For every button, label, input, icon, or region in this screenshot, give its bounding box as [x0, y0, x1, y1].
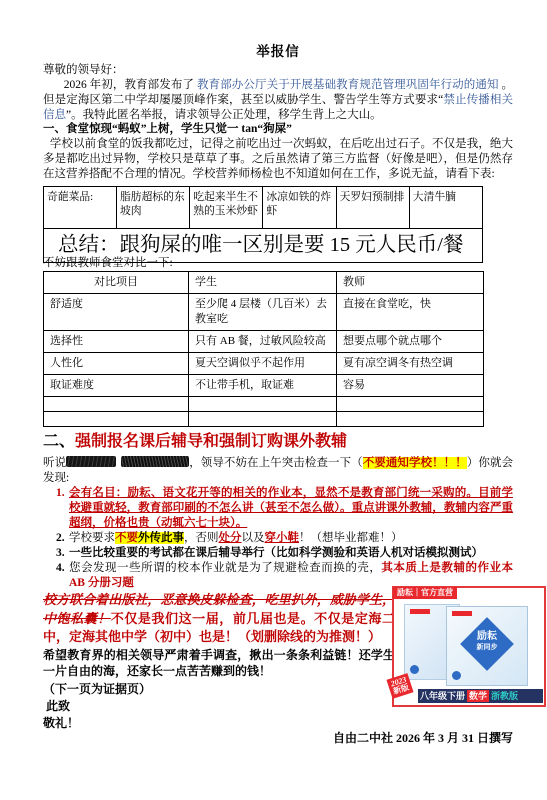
lead-post: ，领导不妨在上午突击检查一下（ [189, 457, 363, 469]
compare-cell: 夏有凉空调冬有热空调 [337, 353, 484, 375]
item-4-plain: 您会发现一些所谓的校本作业就是为了规避检查而换的壳， [69, 562, 381, 574]
intro-text-3: ”。我特此匿名举报，请求领导公正处理，移学生背上之大山。 [66, 109, 382, 121]
compare-cell: 容易 [337, 375, 484, 397]
list-item-2: 2. 学校要求不要外传此事，否则处分以及穿小鞋！（想毕业都难！） [43, 531, 513, 546]
book-subject-dot [410, 665, 419, 674]
compare-cell: 想要点哪个就点哪个 [337, 331, 484, 353]
numbered-list: 1. 会有名目：励耘、语文花开等的相关的作业本，显然不是教育部门统一采购的。目前… [43, 486, 513, 591]
intro-text-1: 2026 年初，教育部发布了 [64, 79, 197, 91]
book-subject-dot [452, 671, 461, 680]
book-brand-name: 励耘 [468, 631, 506, 643]
book-grade-bar: 八年级下册 数学 浙教版 [418, 689, 543, 703]
item-1-number: 1. [43, 486, 69, 531]
book-grade-text: 八年级下册 [420, 690, 465, 702]
compare-cell: 夏天空调似乎不起作用 [189, 353, 337, 375]
redacted-text-scribble [66, 456, 116, 467]
intro-paragraph: 2026 年初，教育部发布了 教育部办公厅关于开展基础教育规范管理巩固年行动的通… [43, 78, 513, 123]
compare-cell [44, 397, 189, 412]
item-2-pre: 学校要求 [69, 532, 115, 544]
dish-cell-2: 吃起来半生不熟的玉米炒虾 [190, 187, 263, 229]
compare-row-empty-1 [44, 397, 484, 412]
item-3-number: 3. [43, 546, 69, 561]
book-diamond-text: 励耘 新同步 [468, 631, 506, 652]
list-item-1: 1. 会有名目：励耘、语文花开等的相关的作业本，显然不是教育部门统一采购的。目前… [43, 486, 513, 531]
compare-cell [189, 397, 337, 412]
compare-cell: 不让带手机，取证难 [189, 375, 337, 397]
section2-lead-line: 听说，领导不妨在上午突击检查一下（不要通知学校！！！）你就会发现: [43, 456, 513, 486]
book-subject-chip: 数学 [467, 690, 489, 702]
dish-cell-3: 冰凉如铁的炸虾 [263, 187, 336, 229]
dish-table-row: 奇葩菜品: 脂肪超标的东坡肉 吃起来半生不熟的玉米炒虾 冰凉如铁的炸虾 天罗妇预… [44, 187, 483, 229]
closing-jingli: 敬礼！ [43, 716, 79, 731]
compare-cell: 取证难度 [44, 375, 189, 397]
section2-title-red: 强制报名课后辅导和强制订购课外教辅 [75, 433, 347, 450]
lead-pre: 听说 [43, 457, 66, 469]
item-2-number: 2. [43, 531, 69, 546]
compare-row-choice: 选择性 只有 AB 餐，过敏风险较高 想要点哪个就点哪个 [44, 331, 484, 353]
book-brand-chip [452, 611, 472, 616]
compare-header-teacher: 教师 [337, 272, 484, 294]
compare-cell: 至少爬 4 层楼（几百米）去教室吃 [189, 294, 337, 331]
compare-row-empty-2 [44, 412, 484, 427]
item-2-tail: ！（想毕业都难！） [299, 532, 403, 544]
salutation: 尊敬的领导好： [43, 63, 124, 78]
compare-header-item: 对比项目 [44, 272, 189, 294]
compare-row-humanity: 人性化 夏天空调似乎不起作用 夏有凉空调冬有热空调 [44, 353, 484, 375]
report-letter-page: 举报信 尊敬的领导好： 2026 年初，教育部发布了 教育部办公厅关于开展基础教… [0, 0, 547, 800]
list-item-3: 3. 一些比较重要的考试都在课后辅导举行（比如科学测验和英语人机对话模拟测试） [43, 546, 513, 561]
dish-cell-1: 脂肪超标的东坡肉 [117, 187, 190, 229]
dish-cell-5: 大清牛腩 [409, 187, 482, 229]
dish-table-grid: 奇葩菜品: 脂肪超标的东坡肉 吃起来半生不熟的玉米炒虾 冰凉如铁的炸虾 天罗妇预… [43, 186, 483, 263]
book-official-store-banner: 励耘｜官方直营 [393, 587, 457, 599]
compare-intro-line: 不妨跟教师食堂对比一下: [43, 256, 173, 271]
textbook-advert-image: 励耘 新同步 励耘｜官方直营 2023 新版 八年级下册 数学 浙教版 [392, 586, 546, 707]
compare-cell [44, 412, 189, 427]
ribbon-new-edition: 新版 [392, 684, 410, 697]
signature-line: 自由二中社 2026 年 3 月 31 日撰写 [43, 731, 513, 746]
closing-cizhi: 此致 [46, 699, 70, 714]
compare-cell: 舒适度 [44, 294, 189, 331]
compare-cell: 选择性 [44, 331, 189, 353]
hope-paragraph: 希望教育界的相关领导严肃着手调查，揪出一条条利益链！还学生一片自由的海，还家长一… [43, 647, 395, 679]
item-3-text: 一些比较重要的考试都在课后辅导举行（比如科学测验和英语人机对话模拟测试） [69, 546, 513, 561]
item-2-punish: 处分 [219, 532, 242, 544]
dish-cell-4: 天罗妇预制排 [336, 187, 409, 229]
item-2-text: 学校要求不要外传此事，否则处分以及穿小鞋！（想毕业都难！） [69, 531, 513, 546]
item-2-mid2: 以及 [242, 532, 265, 544]
item-2-highlight-bold: 外传此事 [138, 532, 184, 544]
compare-cell [189, 412, 337, 427]
section2-heading: 二、强制报名课后辅导和强制订购课外教辅 [43, 434, 347, 449]
compare-table: 对比项目 学生 教师 舒适度 至少爬 4 层楼（几百米）去教室吃 直接在食堂吃，… [43, 271, 484, 427]
item-2-retaliate: 穿小鞋 [265, 532, 300, 544]
book-cover-front: 励耘 新同步 [446, 606, 528, 686]
section1-paragraph: 学校以前食堂的饭我都吃过，记得之前吃出过一次蚂蚁，在后吃出过石子。不仅是我，绝大… [43, 137, 513, 182]
redacted-text-scribble [121, 456, 189, 467]
compare-row-comfort: 舒适度 至少爬 4 层楼（几百米）去教室吃 直接在食堂吃，快 [44, 294, 484, 331]
compare-cell [337, 412, 484, 427]
accusation-paragraph: 校方联合着出版社，恶意换皮躲检查，吃里扒外，威胁学生，中饱私囊！不仅是我们这一届… [43, 591, 395, 647]
compare-cell: 直接在食堂吃，快 [337, 294, 484, 331]
compare-header-student: 学生 [189, 272, 337, 294]
next-page-note: （下一页为证据页） [43, 682, 151, 697]
compare-header-row: 对比项目 学生 教师 [44, 272, 484, 294]
compare-cell [337, 397, 484, 412]
item-1-text: 会有名目：励耘、语文花开等的相关的作业本，显然不是教育部门统一采购的。目前学校避… [69, 486, 513, 531]
book-series-name: 新同步 [468, 643, 506, 652]
compare-cell: 只有 AB 餐，过敏风险较高 [189, 331, 337, 353]
compare-cell: 人性化 [44, 353, 189, 375]
dish-cell-label: 奇葩菜品: [44, 187, 117, 229]
book-edition-text: 浙教版 [491, 690, 518, 702]
policy-notice-reference: 教育部办公厅关于开展基础教育规范管理巩固年行动的通知 [197, 79, 499, 91]
section1-heading: 一、食堂惊现“蚂蚁”上树，学生只觉一 tan“狗屎” [43, 122, 292, 137]
item-2-mid1: ，否则 [184, 532, 219, 544]
compare-table-grid: 对比项目 学生 教师 舒适度 至少爬 4 层楼（几百米）去教室吃 直接在食堂吃，… [43, 271, 484, 427]
book-brand-chip [410, 609, 430, 614]
dish-table: 奇葩菜品: 脂肪超标的东坡肉 吃起来半生不熟的玉米炒虾 冰凉如铁的炸虾 天罗妇预… [43, 186, 483, 263]
item-2-highlight-red: 不要 [115, 532, 138, 544]
compare-row-evidence: 取证难度 不让带手机，取证难 容易 [44, 375, 484, 397]
report-title: 举报信 [43, 44, 513, 59]
do-not-notify-highlight: 不要通知学校！！！ [363, 457, 467, 469]
section2-number: 二、 [43, 433, 75, 450]
item-4-number: 4. [43, 561, 69, 591]
